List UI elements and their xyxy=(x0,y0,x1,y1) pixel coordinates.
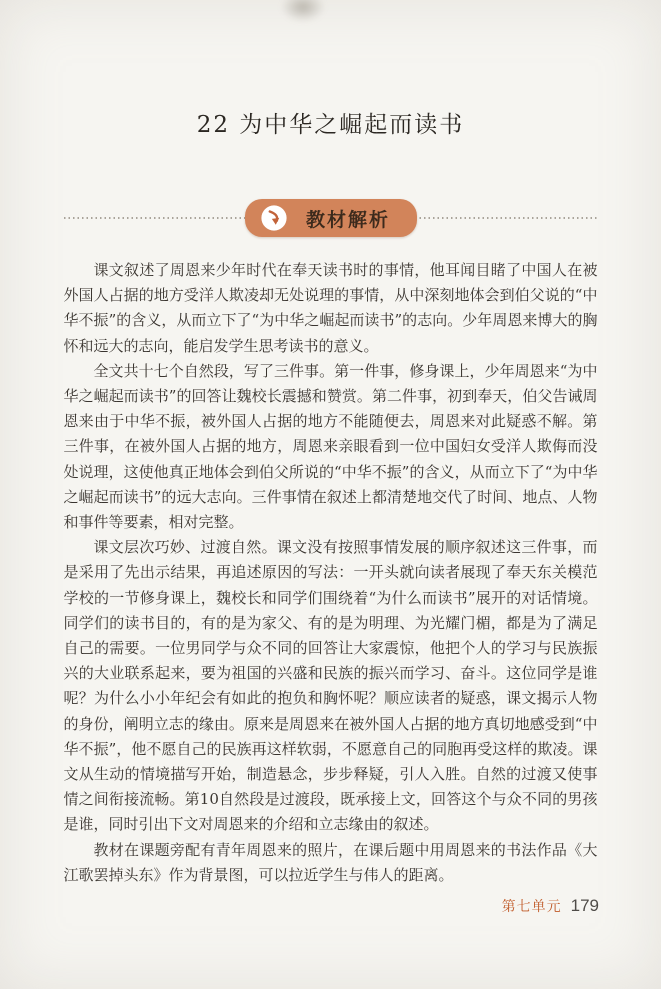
section-badge-label: 教材解析 xyxy=(288,205,417,232)
page-footer: 第七单元 179 xyxy=(502,896,599,916)
section-badge: 教材解析 xyxy=(245,199,417,237)
curved-down-arrow-icon xyxy=(260,204,288,232)
analysis-paragraph: 课文层次巧妙、过渡自然。课文没有按照事情发展的顺序叙述这三件事，而是采用了先出示… xyxy=(64,535,598,837)
scan-smudge-artifact xyxy=(281,0,325,22)
analysis-paragraph: 课文叙述了周恩来少年时代在奉天读书时的事情，他耳闻目睹了中国人在被外国人占据的地… xyxy=(64,258,598,359)
analysis-paragraph: 教材在课题旁配有青年周恩来的照片，在课后题中用周恩来的书法作品《大江歌罢掉头东》… xyxy=(64,838,598,888)
analysis-paragraph: 全文共十七个自然段，写了三件事。第一件事，修身课上，少年周恩来“为中华之崛起而读… xyxy=(64,359,598,535)
section-divider: 教材解析 xyxy=(0,199,661,237)
analysis-content: 课文叙述了周恩来少年时代在奉天读书时的事情，他耳闻目睹了中国人在被外国人占据的地… xyxy=(64,258,598,888)
book-page: 22 为中华之崛起而读书 教材解析 课文叙述了周恩来少年时代在奉天读书时的事情，… xyxy=(0,0,661,989)
unit-label: 第七单元 xyxy=(502,896,562,916)
page-number: 179 xyxy=(571,896,599,916)
lesson-title: 22 为中华之崛起而读书 xyxy=(0,106,661,139)
